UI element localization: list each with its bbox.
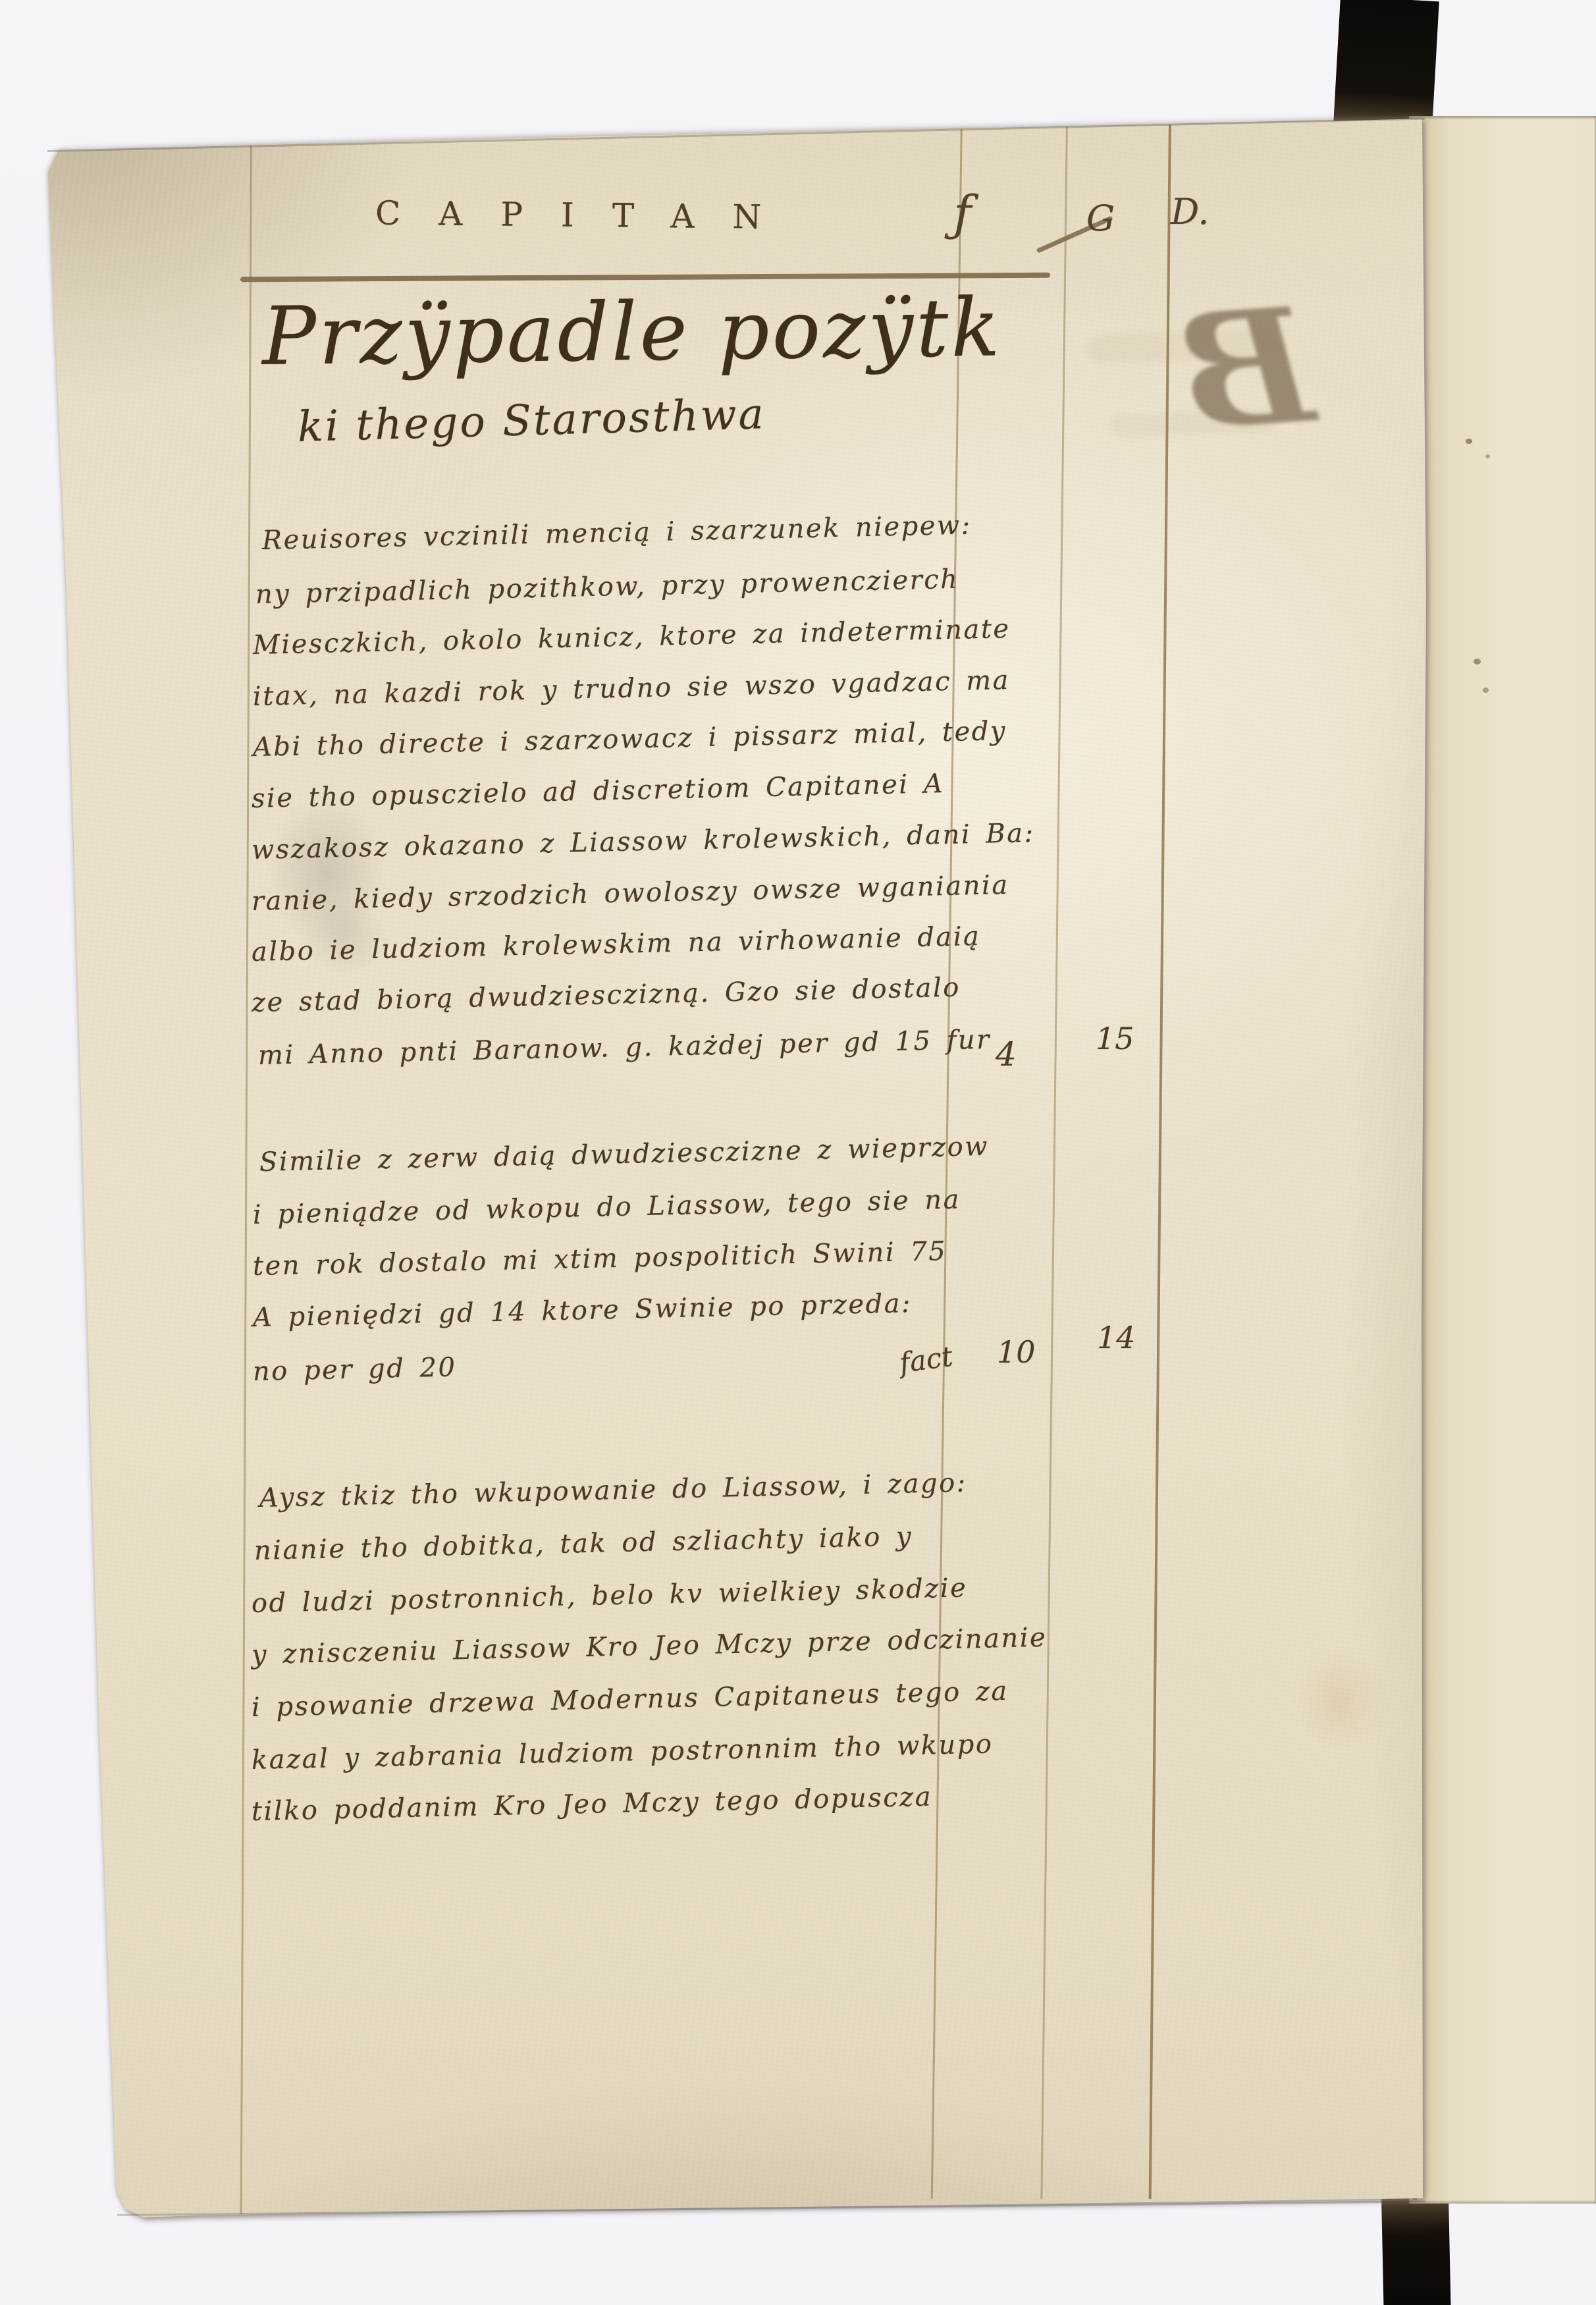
paragraph-1-line-6: sie tho opusczielo ad discretiom Capitan… (251, 769, 944, 814)
folio-mark-d: D. (1171, 191, 1210, 232)
paragraph-3-line-1: Aysz tkiz tho wkupowanie do Liassow, i z… (259, 1468, 967, 1513)
running-title: CAPITAN (375, 194, 800, 237)
ink-speck (1485, 454, 1490, 458)
paragraph-2-line-5: no per gd 20 (252, 1352, 456, 1387)
title-line-2: ki thego Starosthwa (297, 390, 766, 452)
ink-speck (1483, 688, 1489, 693)
paragraph-2-line-1: Similie z zerw daią dwudziesczizne z wie… (259, 1131, 989, 1178)
marginal-value-15: 15 (1096, 1021, 1134, 1056)
paragraph-2-line-4: A pieniędzi gd 14 ktore Swinie po przeda… (252, 1288, 912, 1333)
title-line-1: Przÿpadle pozÿtk (261, 281, 1003, 383)
paragraph-1-line-2: ny przipadlich pozithkow, przy prowenczi… (255, 564, 959, 610)
marginal-note-fact: fact (897, 1340, 955, 1380)
paragraph-1-line-1: Reuisores vczinili mencią i szarzunek ni… (261, 510, 972, 556)
paragraph-3-line-2: nianie tho dobitka, tak od szliachty iak… (253, 1521, 913, 1566)
marginal-value-4: 4 (996, 1035, 1017, 1073)
folio-mark-f: ƒ (953, 186, 971, 242)
manuscript-scan: B CAPITAN ƒ G D. Przÿpadle pozÿtk ki the… (0, 0, 1596, 2305)
marginal-value-10: 10 (997, 1334, 1036, 1370)
ink-speck (1466, 439, 1472, 444)
paragraph-1-line-11: mi Anno pnti Baranow. g. każdej per gd 1… (257, 1025, 991, 1071)
paragraph-3-line-3: od ludzi postronnich, belo kv wielkiey s… (251, 1573, 967, 1619)
paragraph-3-line-5: i psowanie drzewa Modernus Capitaneus te… (251, 1676, 1009, 1723)
paragraph-2-line-2: i pieniądze od wkopu do Liassow, tego si… (252, 1185, 961, 1230)
paragraph-1-line-10: ze stad biorą dwudziesczizną. Gzo sie do… (251, 973, 961, 1018)
next-page-edge (1409, 116, 1596, 2204)
stain-yellow (1296, 1650, 1385, 1752)
paragraph-1-line-5: Abi tho directe i szarzowacz i pissarz m… (252, 716, 1007, 763)
bookmark-ribbon-bottom (1381, 2196, 1451, 2305)
paragraph-1-line-3: Miesczkich, okolo kunicz, ktore za indet… (252, 614, 1011, 661)
marginal-value-14: 14 (1097, 1320, 1136, 1355)
bleedthrough-ghost-letter: B (1172, 272, 1318, 466)
ink-speck (1474, 659, 1481, 664)
paragraph-2-line-3: ten rok dostalo mi xtim pospolitich Swin… (252, 1236, 947, 1282)
header-rule (240, 273, 1050, 282)
margin-rule-left (240, 144, 252, 2214)
manuscript-page-surface: B CAPITAN ƒ G D. Przÿpadle pozÿtk ki the… (0, 0, 1596, 2305)
paragraph-3-line-7: tilko poddanim Kro Jeo Mczy tego dopuscz… (251, 1781, 932, 1827)
paragraph-3-line-6: kazal y zabrania ludziom postronnim tho … (251, 1729, 993, 1776)
paragraph-3-line-4: y znisczeniu Liassow Kro Jeo Mczy prze o… (251, 1623, 1047, 1670)
folio-mark-g: G (1086, 198, 1115, 239)
paragraph-1-line-4: itax, na kazdi rok y trudno sie wszo vga… (252, 665, 1010, 712)
column-rule-2 (1040, 119, 1068, 2199)
